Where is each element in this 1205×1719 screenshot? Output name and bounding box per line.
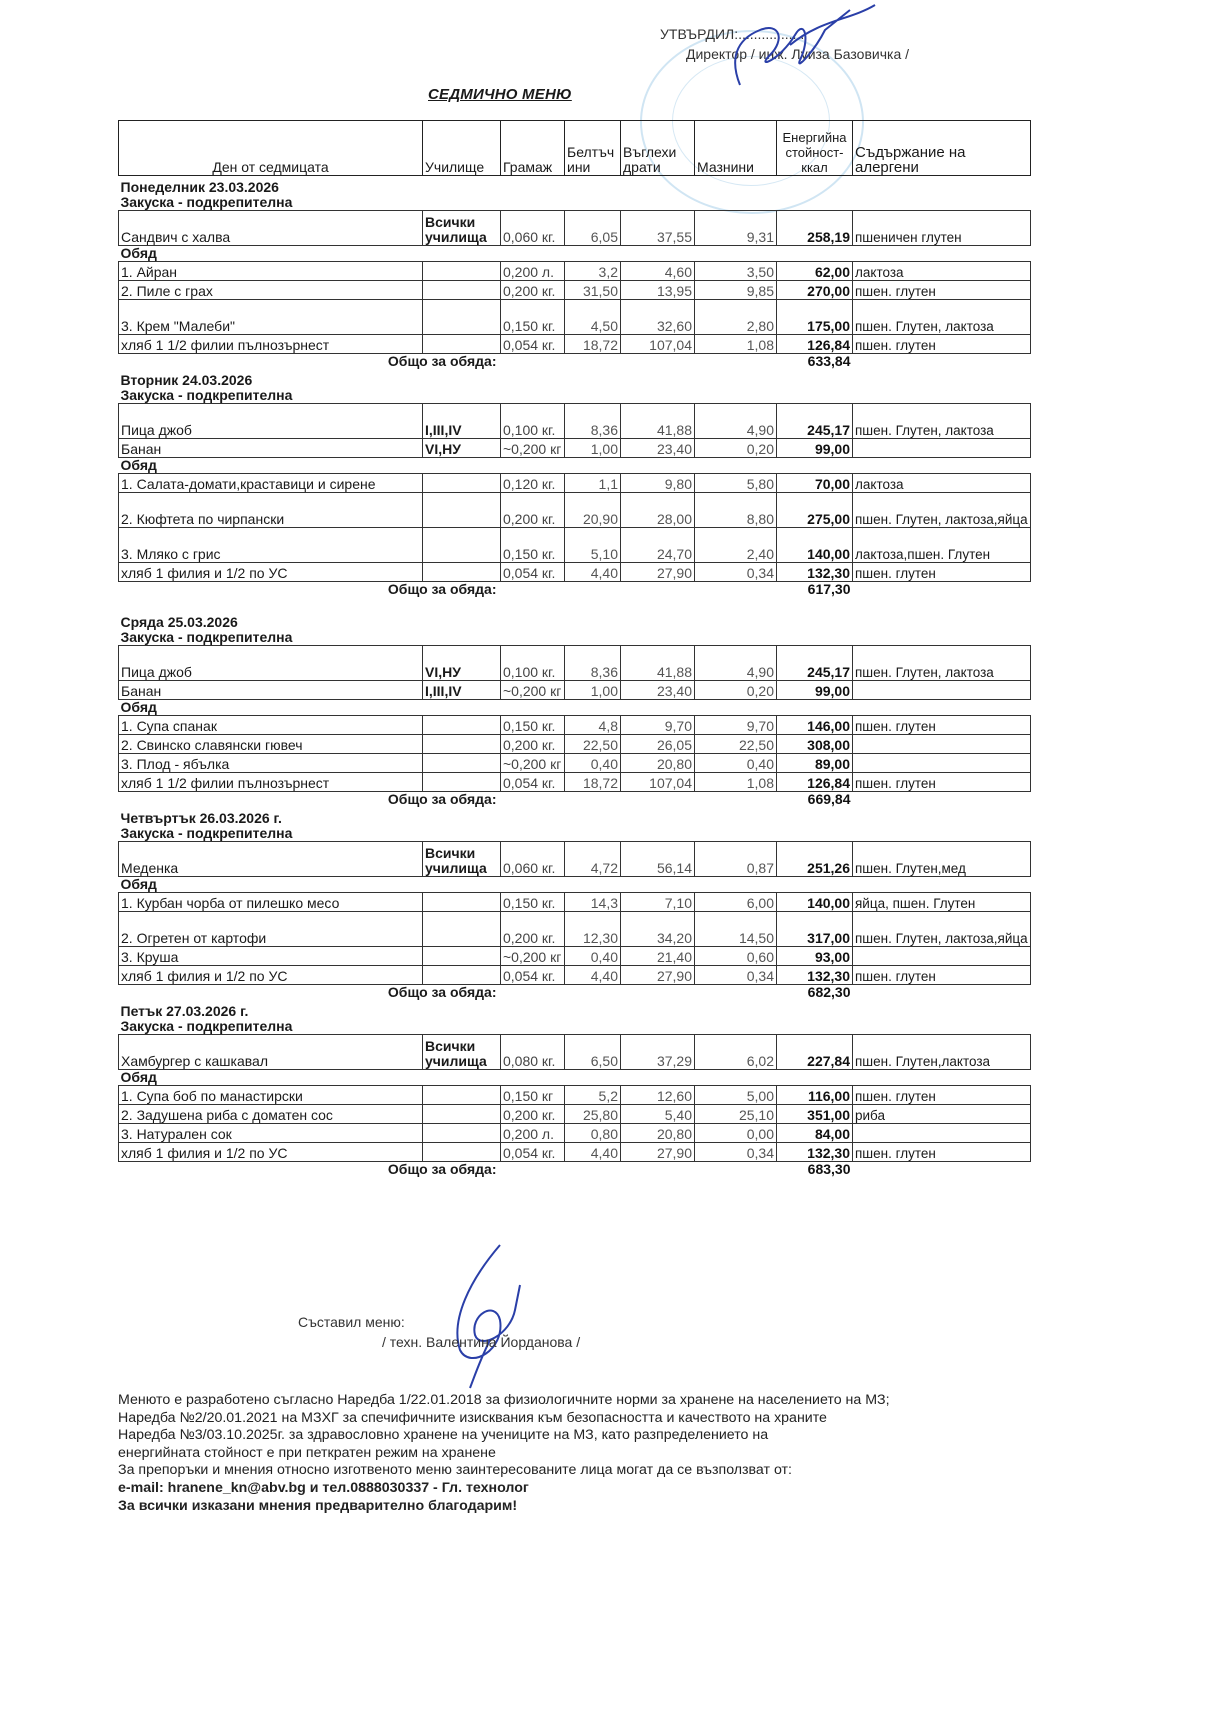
cell-fat: 1,08 xyxy=(695,335,777,354)
lunch-total-label: Общо за обяда: xyxy=(119,354,501,370)
cell-carbs: 41,88 xyxy=(621,404,695,439)
cell-allergens: пшен. Глутен, лактоза xyxy=(853,300,1031,335)
cell-name: 3. Крем "Малеби" xyxy=(119,300,423,335)
cell-grams: 0,054 кг. xyxy=(501,335,565,354)
cell-allergens: пшен. Глутен, лактоза,яйца xyxy=(853,912,1031,947)
cell-fat: 9,31 xyxy=(695,211,777,246)
lunch-item-row: 3. Крем "Малеби"0,150 кг.4,5032,602,8017… xyxy=(119,300,1031,335)
thanks-line: За всички изказани мнения предварително … xyxy=(118,1498,890,1516)
cell-allergens xyxy=(853,681,1031,700)
cell-protein: 6,50 xyxy=(565,1035,621,1070)
cell-allergens: риба xyxy=(853,1105,1031,1124)
cell-allergens: пшен. Глутен, лактоза xyxy=(853,646,1031,681)
cell-grams: 0,200 кг. xyxy=(501,1105,565,1124)
cell-allergens: лактоза,пшен. Глутен xyxy=(853,528,1031,563)
lunch-total-value: 682,30 xyxy=(777,985,853,1001)
lunch-total-row: Общо за обяда:617,30 xyxy=(119,582,1031,598)
cell-fat: 6,00 xyxy=(695,893,777,912)
cell-carbs: 20,80 xyxy=(621,1124,695,1143)
director-name: Директор / инж. Луиза Базовичка / xyxy=(686,46,909,62)
lunch-total-row: Общо за обяда:683,30 xyxy=(119,1162,1031,1178)
day-heading: Вторник 24.03.2026 xyxy=(119,369,1031,388)
cell-carbs: 7,10 xyxy=(621,893,695,912)
cell-kcal: 146,00 xyxy=(777,716,853,735)
cell-protein: 12,30 xyxy=(565,912,621,947)
snack-item-row: Сандвич с халваВсички училища0,060 кг.6,… xyxy=(119,211,1031,246)
spacer-cell xyxy=(501,582,777,598)
cell-allergens xyxy=(853,439,1031,458)
spacer-cell xyxy=(119,597,1031,611)
cell-kcal: 126,84 xyxy=(777,335,853,354)
cell-school xyxy=(423,966,501,985)
cell-school: I,III,IV xyxy=(423,404,501,439)
cell-name: хляб 1 филия и 1/2 по УС xyxy=(119,563,423,582)
cell-grams: 0,200 л. xyxy=(501,262,565,281)
day-heading: Понеделник 23.03.2026 xyxy=(119,176,1031,196)
cell-name: 2. Задушена риба с доматен сос xyxy=(119,1105,423,1124)
cell-fat: 4,90 xyxy=(695,646,777,681)
cell-carbs: 37,55 xyxy=(621,211,695,246)
footer-line: енергийната стойност е при петкратен реж… xyxy=(118,1445,890,1463)
cell-carbs: 27,90 xyxy=(621,1143,695,1162)
cell-carbs: 34,20 xyxy=(621,912,695,947)
cell-fat: 5,80 xyxy=(695,474,777,493)
cell-school xyxy=(423,754,501,773)
lunch-item-row: 2. Пиле с грах0,200 кг.31,5013,959,85270… xyxy=(119,281,1031,300)
cell-protein: 25,80 xyxy=(565,1105,621,1124)
lunch-label-row: Обяд xyxy=(119,458,1031,474)
cell-carbs: 20,80 xyxy=(621,754,695,773)
cell-protein: 14,3 xyxy=(565,893,621,912)
cell-name: 3. Круша xyxy=(119,947,423,966)
cell-name: 3. Плод - ябълка xyxy=(119,754,423,773)
cell-protein: 4,40 xyxy=(565,1143,621,1162)
lunch-item-row: 1. Айран0,200 л.3,24,603,5062,00лактоза xyxy=(119,262,1031,281)
cell-kcal: 140,00 xyxy=(777,893,853,912)
cell-name: Банан xyxy=(119,439,423,458)
lunch-item-row: 2. Свинско славянски гювеч0,200 кг.22,50… xyxy=(119,735,1031,754)
cell-protein: 8,36 xyxy=(565,404,621,439)
cell-allergens: пшен. Глутен,мед xyxy=(853,842,1031,877)
cell-kcal: 308,00 xyxy=(777,735,853,754)
snack-item-row: МеденкаВсички училища0,060 кг.4,7256,140… xyxy=(119,842,1031,877)
lunch-label-row: Обяд xyxy=(119,700,1031,716)
lunch-item-row: 1. Супа боб по манастирски0,150 кг5,212,… xyxy=(119,1086,1031,1105)
cell-fat: 0,60 xyxy=(695,947,777,966)
lunch-item-row: 3. Плод - ябълка~0,200 кг0,4020,800,4089… xyxy=(119,754,1031,773)
cell-fat: 9,70 xyxy=(695,716,777,735)
cell-protein: 0,80 xyxy=(565,1124,621,1143)
cell-grams: 0,150 кг. xyxy=(501,716,565,735)
cell-carbs: 12,60 xyxy=(621,1086,695,1105)
cell-carbs: 13,95 xyxy=(621,281,695,300)
cell-name: 1. Айран xyxy=(119,262,423,281)
cell-grams: 0,150 кг. xyxy=(501,893,565,912)
cell-kcal: 84,00 xyxy=(777,1124,853,1143)
snack-item-row: Хамбургер с кашкавалВсички училища0,080 … xyxy=(119,1035,1031,1070)
snack-label-row: Закуска - подкрепителна xyxy=(119,630,1031,646)
header-school: Училище xyxy=(423,121,501,176)
cell-carbs: 41,88 xyxy=(621,646,695,681)
lunch-label: Обяд xyxy=(119,877,1031,893)
cell-school xyxy=(423,1124,501,1143)
compiled-by-block: Съставил меню: / техн. Валентина Йордано… xyxy=(298,1314,405,1330)
lunch-total-label: Общо за обяда: xyxy=(119,582,501,598)
cell-grams: ~0,200 кг xyxy=(501,439,565,458)
cell-grams: 0,200 кг. xyxy=(501,281,565,300)
footer-line: За препоръки и мнения относно изготвенот… xyxy=(118,1462,890,1480)
cell-grams: 0,100 кг. xyxy=(501,404,565,439)
cell-school xyxy=(423,912,501,947)
lunch-item-row: 2. Задушена риба с доматен сос0,200 кг.2… xyxy=(119,1105,1031,1124)
header-carbs: Въглехи драти xyxy=(621,121,695,176)
cell-kcal: 126,84 xyxy=(777,773,853,792)
cell-allergens: лактоза xyxy=(853,262,1031,281)
cell-fat: 1,08 xyxy=(695,773,777,792)
cell-carbs: 28,00 xyxy=(621,493,695,528)
cell-grams: ~0,200 кг xyxy=(501,681,565,700)
day-heading: Сряда 25.03.2026 xyxy=(119,611,1031,630)
lunch-label: Обяд xyxy=(119,246,1031,262)
header-energy: Енергийна стойност- ккал xyxy=(777,121,853,176)
cell-fat: 0,34 xyxy=(695,1143,777,1162)
lunch-label-row: Обяд xyxy=(119,246,1031,262)
lunch-total-row: Общо за обяда:682,30 xyxy=(119,985,1031,1001)
cell-name: хляб 1 1/2 филии пълнозърнест xyxy=(119,773,423,792)
cell-name: 3. Мляко с грис xyxy=(119,528,423,563)
cell-protein: 1,1 xyxy=(565,474,621,493)
cell-name: Хамбургер с кашкавал xyxy=(119,1035,423,1070)
cell-allergens xyxy=(853,754,1031,773)
cell-school xyxy=(423,528,501,563)
lunch-total-row: Общо за обяда:633,84 xyxy=(119,354,1031,370)
menu-table: Ден от седмицата Училище Грамаж Белтъч и… xyxy=(118,120,1031,1177)
lunch-item-row: хляб 1 филия и 1/2 по УС0,054 кг.4,4027,… xyxy=(119,563,1031,582)
cell-kcal: 116,00 xyxy=(777,1086,853,1105)
cell-allergens: пшен. Глутен, лактоза xyxy=(853,404,1031,439)
cell-grams: 0,200 л. xyxy=(501,1124,565,1143)
spacer-row xyxy=(119,597,1031,611)
cell-kcal: 93,00 xyxy=(777,947,853,966)
lunch-item-row: хляб 1 филия и 1/2 по УС0,054 кг.4,4027,… xyxy=(119,1143,1031,1162)
cell-grams: 0,060 кг. xyxy=(501,211,565,246)
snack-label-row: Закуска - подкрепителна xyxy=(119,1019,1031,1035)
spacer-cell xyxy=(853,985,1031,1001)
cell-grams: 0,150 кг. xyxy=(501,528,565,563)
cell-kcal: 270,00 xyxy=(777,281,853,300)
cell-kcal: 99,00 xyxy=(777,681,853,700)
lunch-item-row: 2. Кюфтета по чирпански0,200 кг.20,9028,… xyxy=(119,493,1031,528)
snack-label-row: Закуска - подкрепителна xyxy=(119,826,1031,842)
spacer-cell xyxy=(501,1162,777,1178)
day-heading-row: Четвъртък 26.03.2026 г. xyxy=(119,807,1031,826)
day-heading-row: Сряда 25.03.2026 xyxy=(119,611,1031,630)
cell-fat: 0,34 xyxy=(695,563,777,582)
cell-carbs: 21,40 xyxy=(621,947,695,966)
cell-grams: 0,054 кг. xyxy=(501,773,565,792)
header-protein: Белтъч ини xyxy=(565,121,621,176)
snack-label: Закуска - подкрепителна xyxy=(119,1019,1031,1035)
cell-name: 2. Огретен от картофи xyxy=(119,912,423,947)
cell-fat: 25,10 xyxy=(695,1105,777,1124)
lunch-label-row: Обяд xyxy=(119,877,1031,893)
cell-protein: 4,72 xyxy=(565,842,621,877)
lunch-item-row: 3. Круша~0,200 кг0,4021,400,6093,00 xyxy=(119,947,1031,966)
lunch-item-row: хляб 1 филия и 1/2 по УС0,054 кг.4,4027,… xyxy=(119,966,1031,985)
cell-kcal: 99,00 xyxy=(777,439,853,458)
cell-grams: 0,100 кг. xyxy=(501,646,565,681)
snack-label: Закуска - подкрепителна xyxy=(119,388,1031,404)
snack-item-row: Пица джобI,III,IV0,100 кг.8,3641,884,902… xyxy=(119,404,1031,439)
lunch-total-value: 683,30 xyxy=(777,1162,853,1178)
spacer-cell xyxy=(853,354,1031,370)
cell-grams: 0,060 кг. xyxy=(501,842,565,877)
cell-fat: 0,20 xyxy=(695,439,777,458)
cell-protein: 6,05 xyxy=(565,211,621,246)
cell-carbs: 107,04 xyxy=(621,335,695,354)
day-heading: Петък 27.03.2026 г. xyxy=(119,1000,1031,1019)
cell-fat: 22,50 xyxy=(695,735,777,754)
cell-school: VI,НУ xyxy=(423,646,501,681)
lunch-item-row: 2. Огретен от картофи0,200 кг.12,3034,20… xyxy=(119,912,1031,947)
cell-kcal: 70,00 xyxy=(777,474,853,493)
cell-name: хляб 1 1/2 филии пълнозърнест xyxy=(119,335,423,354)
cell-protein: 8,36 xyxy=(565,646,621,681)
cell-name: 2. Пиле с грах xyxy=(119,281,423,300)
cell-allergens xyxy=(853,1124,1031,1143)
cell-allergens: пшен. глутен xyxy=(853,335,1031,354)
cell-allergens: пшен. глутен xyxy=(853,716,1031,735)
cell-protein: 4,8 xyxy=(565,716,621,735)
lunch-total-row: Общо за обяда:669,84 xyxy=(119,792,1031,808)
cell-fat: 0,00 xyxy=(695,1124,777,1143)
cell-allergens: пшен. глутен xyxy=(853,966,1031,985)
cell-name: Банан xyxy=(119,681,423,700)
cell-name: хляб 1 филия и 1/2 по УС xyxy=(119,966,423,985)
cell-allergens: пшен. глутен xyxy=(853,281,1031,300)
cell-kcal: 140,00 xyxy=(777,528,853,563)
cell-protein: 1,00 xyxy=(565,439,621,458)
cell-allergens: пшен. глутен xyxy=(853,1086,1031,1105)
lunch-item-row: 3. Натурален сок0,200 л.0,8020,800,0084,… xyxy=(119,1124,1031,1143)
cell-fat: 9,85 xyxy=(695,281,777,300)
snack-label-row: Закуска - подкрепителна xyxy=(119,388,1031,404)
cell-school xyxy=(423,1105,501,1124)
cell-school xyxy=(423,893,501,912)
snack-item-row: Пица джобVI,НУ0,100 кг.8,3641,884,90245,… xyxy=(119,646,1031,681)
cell-grams: 0,200 кг. xyxy=(501,912,565,947)
cell-kcal: 245,17 xyxy=(777,646,853,681)
cell-school xyxy=(423,335,501,354)
header-allergens: Съдържание на алергени xyxy=(853,121,1031,176)
day-heading-row: Понеделник 23.03.2026 xyxy=(119,176,1031,196)
cell-carbs: 9,70 xyxy=(621,716,695,735)
cell-name: 2. Кюфтета по чирпански xyxy=(119,493,423,528)
spacer-cell xyxy=(501,792,777,808)
cell-protein: 22,50 xyxy=(565,735,621,754)
cell-protein: 4,40 xyxy=(565,563,621,582)
lunch-label: Обяд xyxy=(119,700,1031,716)
document-title: СЕДМИЧНО МЕНЮ xyxy=(428,86,572,103)
cell-carbs: 26,05 xyxy=(621,735,695,754)
cell-protein: 5,2 xyxy=(565,1086,621,1105)
cell-allergens: лактоза xyxy=(853,474,1031,493)
cell-fat: 0,87 xyxy=(695,842,777,877)
cell-grams: 0,120 кг. xyxy=(501,474,565,493)
cell-kcal: 62,00 xyxy=(777,262,853,281)
cell-grams: 0,080 кг. xyxy=(501,1035,565,1070)
cell-allergens: пшен. Глутен,лактоза xyxy=(853,1035,1031,1070)
spacer-cell xyxy=(501,354,777,370)
cell-kcal: 351,00 xyxy=(777,1105,853,1124)
lunch-item-row: хляб 1 1/2 филии пълнозърнест0,054 кг.18… xyxy=(119,773,1031,792)
lunch-label: Обяд xyxy=(119,458,1031,474)
cell-school xyxy=(423,716,501,735)
cell-kcal: 89,00 xyxy=(777,754,853,773)
cell-kcal: 175,00 xyxy=(777,300,853,335)
cell-allergens: пшен. глутен xyxy=(853,563,1031,582)
cell-allergens: яйца, пшен. Глутен xyxy=(853,893,1031,912)
cell-allergens: пшен. глутен xyxy=(853,1143,1031,1162)
footer-line: Менюто е разработено съгласно Наредба 1/… xyxy=(118,1392,890,1410)
cell-grams: 0,150 кг. xyxy=(501,300,565,335)
lunch-item-row: 1. Курбан чорба от пилешко месо0,150 кг.… xyxy=(119,893,1031,912)
cell-name: Сандвич с халва xyxy=(119,211,423,246)
cell-school: Всички училища xyxy=(423,1035,501,1070)
day-heading: Четвъртък 26.03.2026 г. xyxy=(119,807,1031,826)
cell-allergens: пшен. глутен xyxy=(853,773,1031,792)
cell-school xyxy=(423,563,501,582)
cell-fat: 2,40 xyxy=(695,528,777,563)
table-header-row: Ден от седмицата Училище Грамаж Белтъч и… xyxy=(119,121,1031,176)
cell-carbs: 56,14 xyxy=(621,842,695,877)
cell-name: 1. Салата-домати,краставици и сирене xyxy=(119,474,423,493)
spacer-cell xyxy=(853,582,1031,598)
cell-protein: 4,50 xyxy=(565,300,621,335)
cell-school xyxy=(423,947,501,966)
cell-protein: 0,40 xyxy=(565,754,621,773)
cell-protein: 18,72 xyxy=(565,335,621,354)
cell-protein: 18,72 xyxy=(565,773,621,792)
cell-kcal: 132,30 xyxy=(777,1143,853,1162)
cell-grams: ~0,200 кг xyxy=(501,947,565,966)
cell-name: 1. Супа спанак xyxy=(119,716,423,735)
cell-name: Пица джоб xyxy=(119,404,423,439)
cell-protein: 1,00 xyxy=(565,681,621,700)
cell-school: I,III,IV xyxy=(423,681,501,700)
cell-carbs: 24,70 xyxy=(621,528,695,563)
cell-kcal: 317,00 xyxy=(777,912,853,947)
cell-kcal: 251,26 xyxy=(777,842,853,877)
cell-school xyxy=(423,773,501,792)
cell-allergens xyxy=(853,947,1031,966)
cell-grams: 0,200 кг. xyxy=(501,735,565,754)
approval-block: УТВЪРДИЛ:................. Директор / ин… xyxy=(660,26,804,42)
cell-allergens: пшен. Глутен, лактоза,яйца xyxy=(853,493,1031,528)
cell-fat: 0,34 xyxy=(695,966,777,985)
cell-grams: 0,150 кг xyxy=(501,1086,565,1105)
lunch-label-row: Обяд xyxy=(119,1070,1031,1086)
day-heading-row: Петък 27.03.2026 г. xyxy=(119,1000,1031,1019)
footer-notes: Менюто е разработено съгласно Наредба 1/… xyxy=(118,1392,890,1515)
cell-fat: 3,50 xyxy=(695,262,777,281)
spacer-cell xyxy=(501,985,777,1001)
cell-name: 1. Супа боб по манастирски xyxy=(119,1086,423,1105)
cell-name: хляб 1 филия и 1/2 по УС xyxy=(119,1143,423,1162)
cell-fat: 4,90 xyxy=(695,404,777,439)
cell-school xyxy=(423,474,501,493)
snack-item-row: БананI,III,IV~0,200 кг1,0023,400,2099,00 xyxy=(119,681,1031,700)
header-fat: Мазнини xyxy=(695,121,777,176)
cell-school xyxy=(423,493,501,528)
cell-fat: 6,02 xyxy=(695,1035,777,1070)
snack-label: Закуска - подкрепителна xyxy=(119,630,1031,646)
compiled-by-label: Съставил меню: xyxy=(298,1314,405,1330)
cell-school xyxy=(423,262,501,281)
cell-fat: 8,80 xyxy=(695,493,777,528)
lunch-label: Обяд xyxy=(119,1070,1031,1086)
cell-carbs: 32,60 xyxy=(621,300,695,335)
cell-carbs: 9,80 xyxy=(621,474,695,493)
compiler-signature xyxy=(430,1240,540,1390)
lunch-item-row: 1. Супа спанак0,150 кг.4,89,709,70146,00… xyxy=(119,716,1031,735)
cell-grams: 0,200 кг. xyxy=(501,493,565,528)
cell-fat: 2,80 xyxy=(695,300,777,335)
cell-grams: 0,054 кг. xyxy=(501,1143,565,1162)
lunch-total-value: 669,84 xyxy=(777,792,853,808)
contact-line: e-mail: hranene_kn@abv.bg и тел.08880303… xyxy=(118,1480,890,1498)
cell-kcal: 227,84 xyxy=(777,1035,853,1070)
lunch-total-label: Общо за обяда: xyxy=(119,1162,501,1178)
cell-carbs: 4,60 xyxy=(621,262,695,281)
snack-label-row: Закуска - подкрепителна xyxy=(119,195,1031,211)
cell-name: 2. Свинско славянски гювеч xyxy=(119,735,423,754)
cell-fat: 14,50 xyxy=(695,912,777,947)
cell-carbs: 37,29 xyxy=(621,1035,695,1070)
cell-kcal: 275,00 xyxy=(777,493,853,528)
lunch-total-value: 617,30 xyxy=(777,582,853,598)
cell-school xyxy=(423,281,501,300)
cell-school xyxy=(423,300,501,335)
lunch-item-row: хляб 1 1/2 филии пълнозърнест0,054 кг.18… xyxy=(119,335,1031,354)
cell-school: Всички училища xyxy=(423,842,501,877)
cell-kcal: 132,30 xyxy=(777,966,853,985)
cell-protein: 0,40 xyxy=(565,947,621,966)
cell-protein: 20,90 xyxy=(565,493,621,528)
cell-protein: 31,50 xyxy=(565,281,621,300)
cell-protein: 5,10 xyxy=(565,528,621,563)
spacer-cell xyxy=(853,1162,1031,1178)
cell-carbs: 27,90 xyxy=(621,966,695,985)
header-day: Ден от седмицата xyxy=(119,121,423,176)
cell-grams: ~0,200 кг xyxy=(501,754,565,773)
snack-label: Закуска - подкрепителна xyxy=(119,195,1031,211)
cell-fat: 0,20 xyxy=(695,681,777,700)
footer-line: Наредба №2/20.01.2021 на МЗХГ за спечифи… xyxy=(118,1410,890,1428)
cell-school xyxy=(423,1086,501,1105)
cell-kcal: 258,19 xyxy=(777,211,853,246)
cell-school: VI,НУ xyxy=(423,439,501,458)
cell-name: Пица джоб xyxy=(119,646,423,681)
cell-carbs: 23,40 xyxy=(621,681,695,700)
lunch-item-row: 3. Мляко с грис0,150 кг.5,1024,702,40140… xyxy=(119,528,1031,563)
cell-grams: 0,054 кг. xyxy=(501,563,565,582)
snack-label: Закуска - подкрепителна xyxy=(119,826,1031,842)
cell-name: 1. Курбан чорба от пилешко месо xyxy=(119,893,423,912)
cell-school: Всички училища xyxy=(423,211,501,246)
cell-school xyxy=(423,735,501,754)
cell-carbs: 23,40 xyxy=(621,439,695,458)
